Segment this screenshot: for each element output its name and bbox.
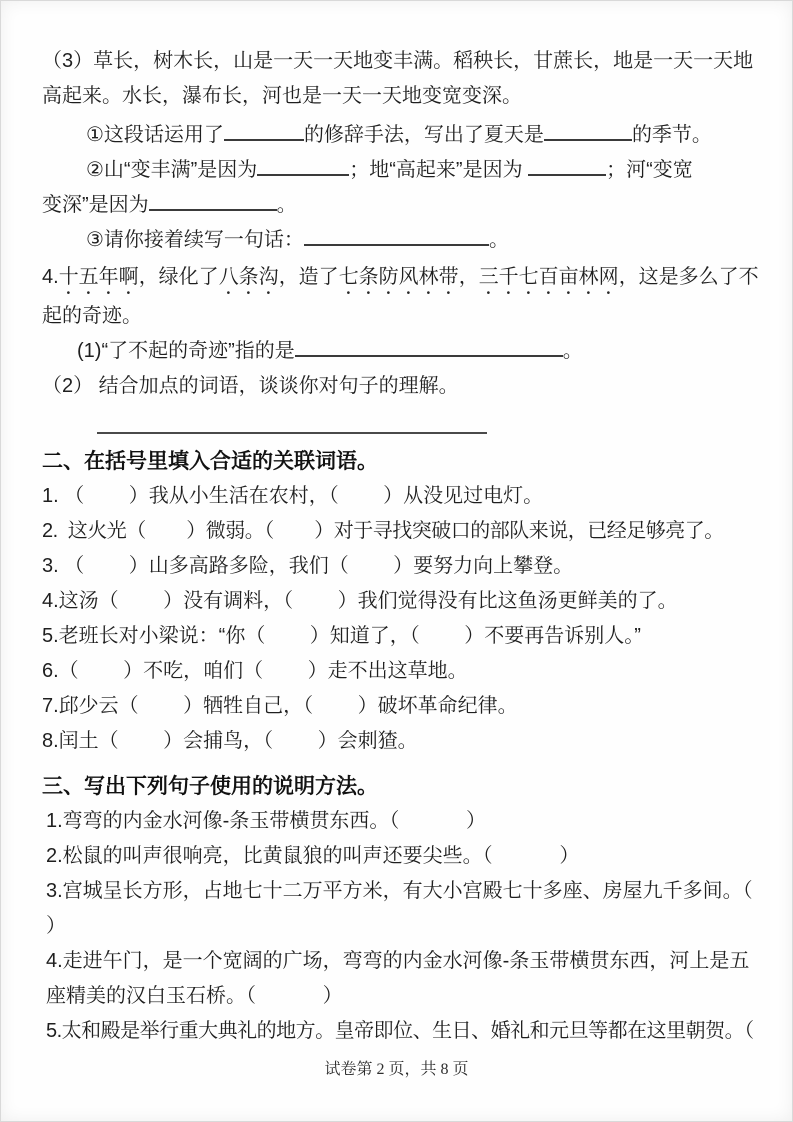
question-reasons-line1: ②山“变丰满”是因为；地“高起来”是因为 ；河“变宽 <box>42 153 767 188</box>
related-words-item-6: 6.（ ）不吃，咱们（ ）走不出这草地。 <box>42 654 767 689</box>
answer-blank <box>149 191 277 211</box>
question-continue-sentence: ③请你接着续写一句话：。 <box>42 223 767 258</box>
emphasized-text: 三千七百亩林网 <box>479 266 619 288</box>
exam-page: （3）草长，树木长，山是一天一天地变丰满。稻秧长，甘蔗长，地是一天一天地高起来。… <box>0 0 793 1122</box>
answer-blank <box>304 226 489 246</box>
question-text: 。 <box>489 229 509 251</box>
related-words-item-3: 3. （ ）山多高路多险，我们（ ）要努力向上攀登。 <box>42 549 767 584</box>
explain-method-item-1: 1.弯弯的内金水河像-条玉带横贯东西。（ ） <box>42 804 767 839</box>
answer-blank <box>544 121 632 141</box>
question-text: 变深”是因为 <box>42 194 149 216</box>
explain-method-item-2: 2.松鼠的叫声很响亮，比黄鼠狼的叫声还要尖些。（ ） <box>42 839 767 874</box>
question-text: 。 <box>563 340 583 362</box>
section-3-heading: 三、写出下列句子使用的说明方法。 <box>42 769 767 804</box>
related-words-item-7: 7.邱少云（ ）牺牲自己，（ ）破坏革命纪律。 <box>42 689 767 724</box>
answer-blank <box>528 156 606 176</box>
question-text: ；河“变宽 <box>606 159 693 181</box>
answer-write-line <box>97 432 487 434</box>
explain-method-item-5: 5.太和殿是举行重大典礼的地方。皇帝即位、生日、婚礼和元旦等都在这里朝贺。（ <box>42 1014 767 1049</box>
sentence-text: ， <box>459 266 479 288</box>
question-text: ②山“变丰满”是因为 <box>86 159 257 181</box>
question-reasons-line2: 变深”是因为。 <box>42 188 767 223</box>
question-text: 的修辞手法，写出了夏天是 <box>304 124 544 146</box>
question-rhetoric: ①这段话运用了的修辞手法，写出了夏天是的季节。 <box>42 118 767 153</box>
explain-method-item-3: 3.宫城呈长方形，占地七十二万平方米，有大小宫殿七十多座、房屋九千多间。（ ） <box>42 874 767 944</box>
sentence-text: ，绿化了 <box>139 266 219 288</box>
item-number: 4. <box>42 266 59 288</box>
related-words-item-4: 4.这汤（ ）没有调料，（ ）我们觉得没有比这鱼汤更鲜美的了。 <box>42 584 767 619</box>
emphasized-text: 七条防风林带 <box>339 266 459 288</box>
sentence-item-4: 4.十五年啊，绿化了八条沟，造了七条防风林带，三千七百亩林网，这是多么了不起的奇… <box>42 260 767 334</box>
sub-question-2: （2） 结合加点的词语，谈谈你对句子的理解。 <box>42 369 767 404</box>
related-words-item-5: 5.老班长对小梁说：“你（ ）知道了，（ ）不要再告诉别人。” <box>42 619 767 654</box>
answer-blank <box>257 156 349 176</box>
sentence-text: ，造了 <box>279 266 339 288</box>
reading-passage-3: （3）草长，树木长，山是一天一天地变丰满。稻秧长，甘蔗长，地是一天一天地高起来。… <box>42 44 767 114</box>
emphasized-text: 十五年啊 <box>59 266 139 288</box>
explain-method-item-4: 4.走进午门，是一个宽阔的广场，弯弯的内金水河像-条玉带横贯东西，河上是五座精美… <box>42 944 767 1014</box>
answer-blank <box>224 121 304 141</box>
question-text: (1)“了不起的奇迹”指的是 <box>77 340 295 362</box>
sub-question-1: (1)“了不起的奇迹”指的是。 <box>42 334 767 369</box>
question-text: ①这段话运用了 <box>86 124 224 146</box>
section-2-heading: 二、在括号里填入合适的关联词语。 <box>42 444 767 479</box>
question-text: ；地“高起来”是因为 <box>349 159 528 181</box>
answer-blank <box>295 337 563 357</box>
question-text: 。 <box>277 194 297 216</box>
emphasized-text: 八条沟 <box>219 266 279 288</box>
question-text: ③请你接着续写一句话： <box>86 229 304 251</box>
related-words-item-2: 2. 这火光（ ）微弱。（ ）对于寻找突破口的部队来说，已经足够亮了。 <box>42 514 767 549</box>
related-words-item-8: 8.闰土（ ）会捕鸟，（ ）会刺猹。 <box>42 724 767 759</box>
question-text: 的季节。 <box>632 124 712 146</box>
related-words-item-1: 1. （ ）我从小生活在农村，（ ）从没见过电灯。 <box>42 479 767 514</box>
page-footer: 试卷第 2 页，共 8 页 <box>0 1056 793 1079</box>
